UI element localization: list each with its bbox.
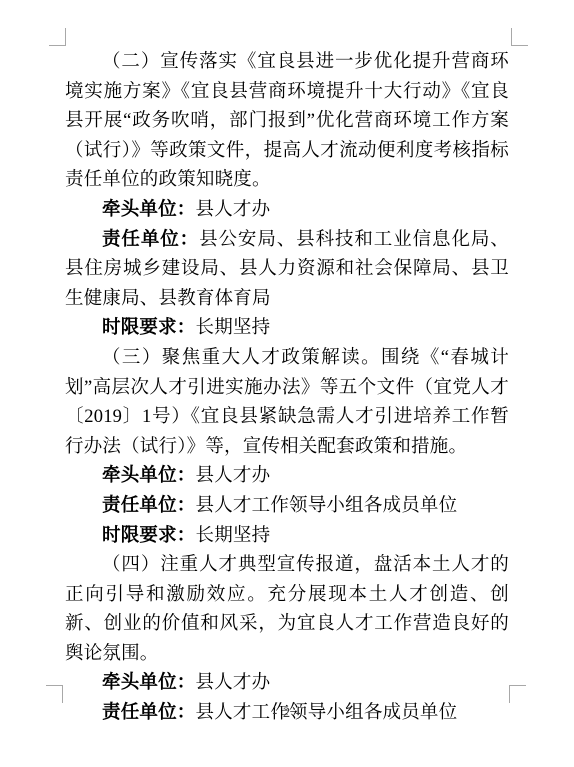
deadline-label: 时限要求： bbox=[102, 526, 196, 546]
crop-mark-top-right bbox=[511, 28, 528, 46]
lead-unit-label: 牵头单位： bbox=[102, 466, 196, 486]
paragraph-item-2: （二）宣传落实《宜良县进一步优化提升营商环境实施方案》《宜良县营商环境提升十大行… bbox=[65, 48, 509, 196]
lead-unit-value: 县人才办 bbox=[196, 673, 271, 693]
paragraph-deadline: 时限要求：长期坚持 bbox=[65, 522, 509, 552]
lead-unit-value: 县人才办 bbox=[196, 466, 271, 486]
page-number: - 2 - bbox=[0, 705, 574, 722]
lead-unit-value: 县人才办 bbox=[196, 200, 271, 220]
responsible-unit-value: 县人才工作领导小组各成员单位 bbox=[196, 496, 458, 516]
paragraph-item-3: （三）聚焦重大人才政策解读。围绕《“春城计划”高层次人才引进实施办法》等五个文件… bbox=[65, 344, 509, 462]
document-text-area: （二）宣传落实《宜良县进一步优化提升营商环境实施方案》《宜良县营商环境提升十大行… bbox=[65, 48, 509, 729]
crop-mark-bottom-right bbox=[509, 685, 526, 703]
deadline-value: 长期坚持 bbox=[196, 526, 271, 546]
paragraph-lead-unit: 牵头单位：县人才办 bbox=[65, 196, 509, 226]
lead-unit-label: 牵头单位： bbox=[102, 673, 196, 693]
paragraph-lead-unit: 牵头单位：县人才办 bbox=[65, 462, 509, 492]
paragraph-deadline: 时限要求：长期坚持 bbox=[65, 314, 509, 344]
document-page: （二）宣传落实《宜良县进一步优化提升营商环境实施方案》《宜良县营商环境提升十大行… bbox=[0, 0, 574, 767]
deadline-value: 长期坚持 bbox=[196, 318, 271, 338]
paragraph-item-4: （四）注重人才典型宣传报道，盘活本土人才的正向引导和激励效应。充分展现本土人才创… bbox=[65, 551, 509, 669]
crop-mark-top-left bbox=[49, 28, 66, 46]
paragraph-lead-unit: 牵头单位：县人才办 bbox=[65, 669, 509, 699]
crop-mark-bottom-left bbox=[46, 685, 63, 703]
responsible-unit-label: 责任单位： bbox=[102, 230, 199, 250]
paragraph-responsible-unit: 责任单位：县人才工作领导小组各成员单位 bbox=[65, 492, 509, 522]
lead-unit-label: 牵头单位： bbox=[102, 200, 196, 220]
paragraph-responsible-unit: 责任单位：县公安局、县科技和工业信息化局、县住房城乡建设局、县人力资源和社会保障… bbox=[65, 226, 509, 315]
responsible-unit-label: 责任单位： bbox=[102, 496, 196, 516]
deadline-label: 时限要求： bbox=[102, 318, 196, 338]
